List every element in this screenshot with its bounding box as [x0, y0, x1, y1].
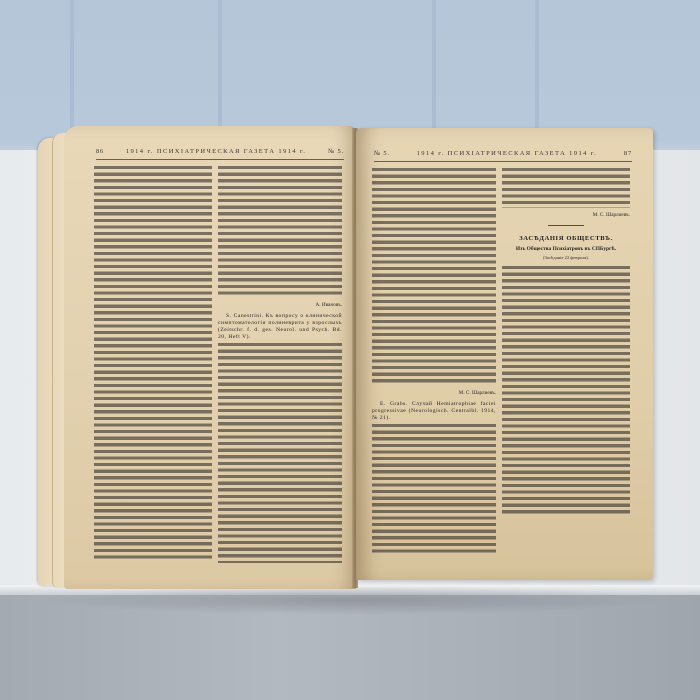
body-text: [502, 168, 630, 208]
issue-number: № 5.: [374, 150, 390, 157]
section-divider: [548, 225, 584, 226]
text-column: [94, 166, 212, 566]
article-heading: E. Grabs. Случай Hemiatrophiae faciei pr…: [372, 401, 496, 422]
running-title: 1914 г. ПСИХІАТРИЧЕСКАЯ ГАЗЕТА 1914 г.: [126, 148, 306, 155]
running-head: № 5. 1914 г. ПСИХІАТРИЧЕСКАЯ ГАЗЕТА 1914…: [374, 150, 632, 162]
author-signature: А. Ивановъ.: [218, 302, 342, 309]
body-text: [218, 343, 342, 563]
body-text: [372, 424, 496, 554]
section-date: (Засѣданіе 22 февраля).: [502, 255, 630, 262]
author-signature: М. С. Шарлиевъ.: [502, 212, 630, 219]
text-column: М. С. Шарлиевъ. ЗАСѢДАНІЯ ОБЩЕСТВЪ. Изъ …: [502, 168, 630, 568]
book-shadow: [35, 585, 665, 615]
section-subtitle: Изъ Общества Психіатровъ въ СПБургѣ.: [502, 246, 630, 253]
section-title: ЗАСѢДАНІЯ ОБЩЕСТВЪ.: [502, 236, 630, 243]
text-column: М. С. Шарлиевъ. E. Grabs. Случай Hemiatr…: [372, 168, 496, 568]
body-text: [218, 166, 342, 298]
body-text: [502, 266, 630, 516]
author-signature: М. С. Шарлиевъ.: [372, 390, 496, 397]
right-page: № 5. 1914 г. ПСИХІАТРИЧЕСКАЯ ГАЗЕТА 1914…: [356, 128, 653, 580]
running-head: 86 1914 г. ПСИХІАТРИЧЕСКАЯ ГАЗЕТА 1914 г…: [96, 148, 344, 160]
body-text: [372, 168, 496, 386]
body-text: [94, 166, 212, 562]
page-number: 86: [96, 148, 104, 155]
left-page: 86 1914 г. ПСИХІАТРИЧЕСКАЯ ГАЗЕТА 1914 г…: [64, 126, 356, 589]
issue-number: № 5.: [328, 148, 344, 155]
page-number: 87: [624, 150, 632, 157]
article-heading: S. Canestrini. Къ вопросу о клинической …: [218, 313, 342, 341]
running-title: 1914 г. ПСИХІАТРИЧЕСКАЯ ГАЗЕТА 1914 г.: [417, 150, 597, 157]
text-column: А. Ивановъ. S. Canestrini. Къ вопросу о …: [218, 166, 342, 566]
